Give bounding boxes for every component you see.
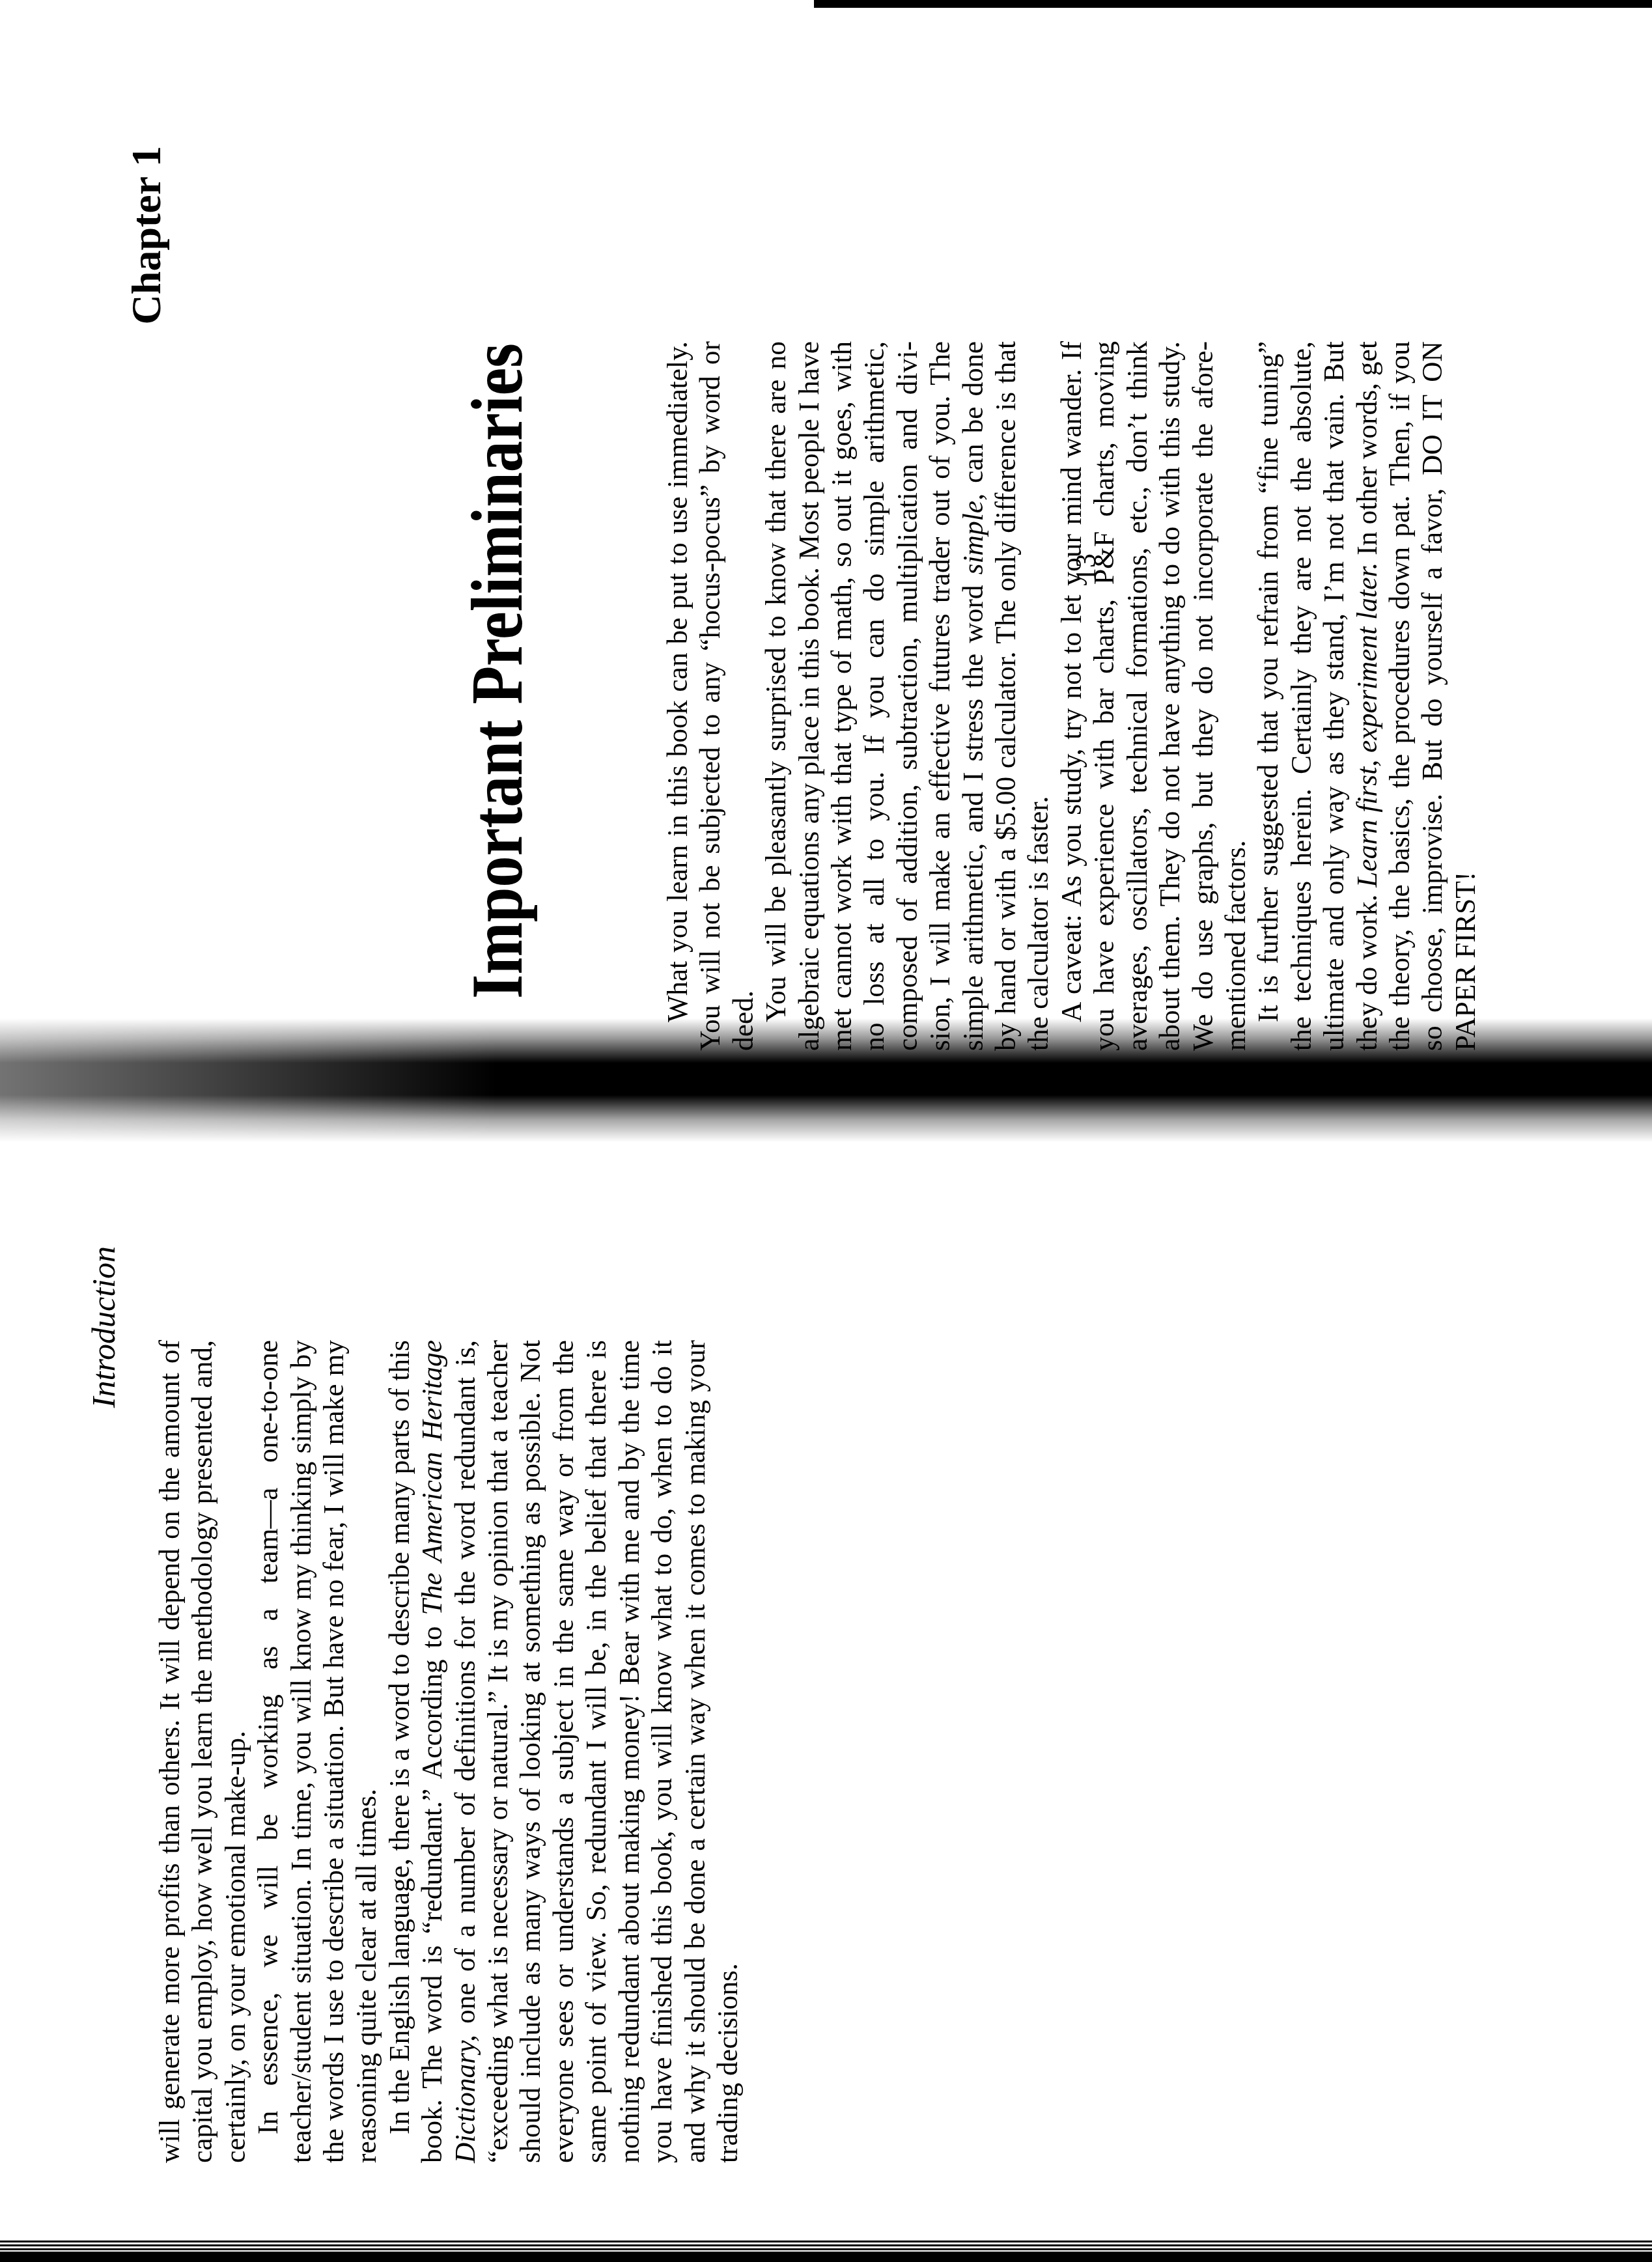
paragraph: It is further suggested that you refrain… [1252, 341, 1482, 1051]
book-spread-scan: Introduction will generate more profits … [0, 0, 1652, 2262]
left-page: Introduction will generate more profits … [0, 1155, 1652, 2262]
italic-emphasis: simple, [958, 494, 989, 574]
italic-emphasis: Learn first, experiment later. [1352, 563, 1383, 887]
page-number: 13 [1069, 553, 1102, 582]
text-run: You will be pleasantly surprised to know… [761, 341, 988, 1051]
left-page-body: will generate more profits than others. … [154, 1340, 744, 2163]
chapter-title: Important Preliminaries [456, 343, 540, 999]
paragraph: A caveat: As you study, try not to let y… [1056, 341, 1252, 1051]
outer-edge-shadow [814, 0, 1652, 8]
right-page-body: What you learn in this book can be put t… [662, 341, 1482, 1051]
paragraph: What you learn in this book can be put t… [662, 341, 760, 1051]
paragraph: will generate more profits than others. … [154, 1340, 252, 2163]
paragraph: In the English language, there is a word… [384, 1340, 744, 2163]
chapter-label: Chapter 1 [122, 146, 171, 324]
running-head: Introduction [85, 1246, 122, 1408]
paragraph: You will be pleasantly surprised to know… [760, 341, 1056, 1051]
text-run: one of a number of definitions for the w… [450, 1340, 744, 2163]
paragraph: In essence, we will be working as a team… [252, 1340, 384, 2163]
right-page: Chapter 1 Important Preliminaries What y… [0, 0, 1652, 1090]
